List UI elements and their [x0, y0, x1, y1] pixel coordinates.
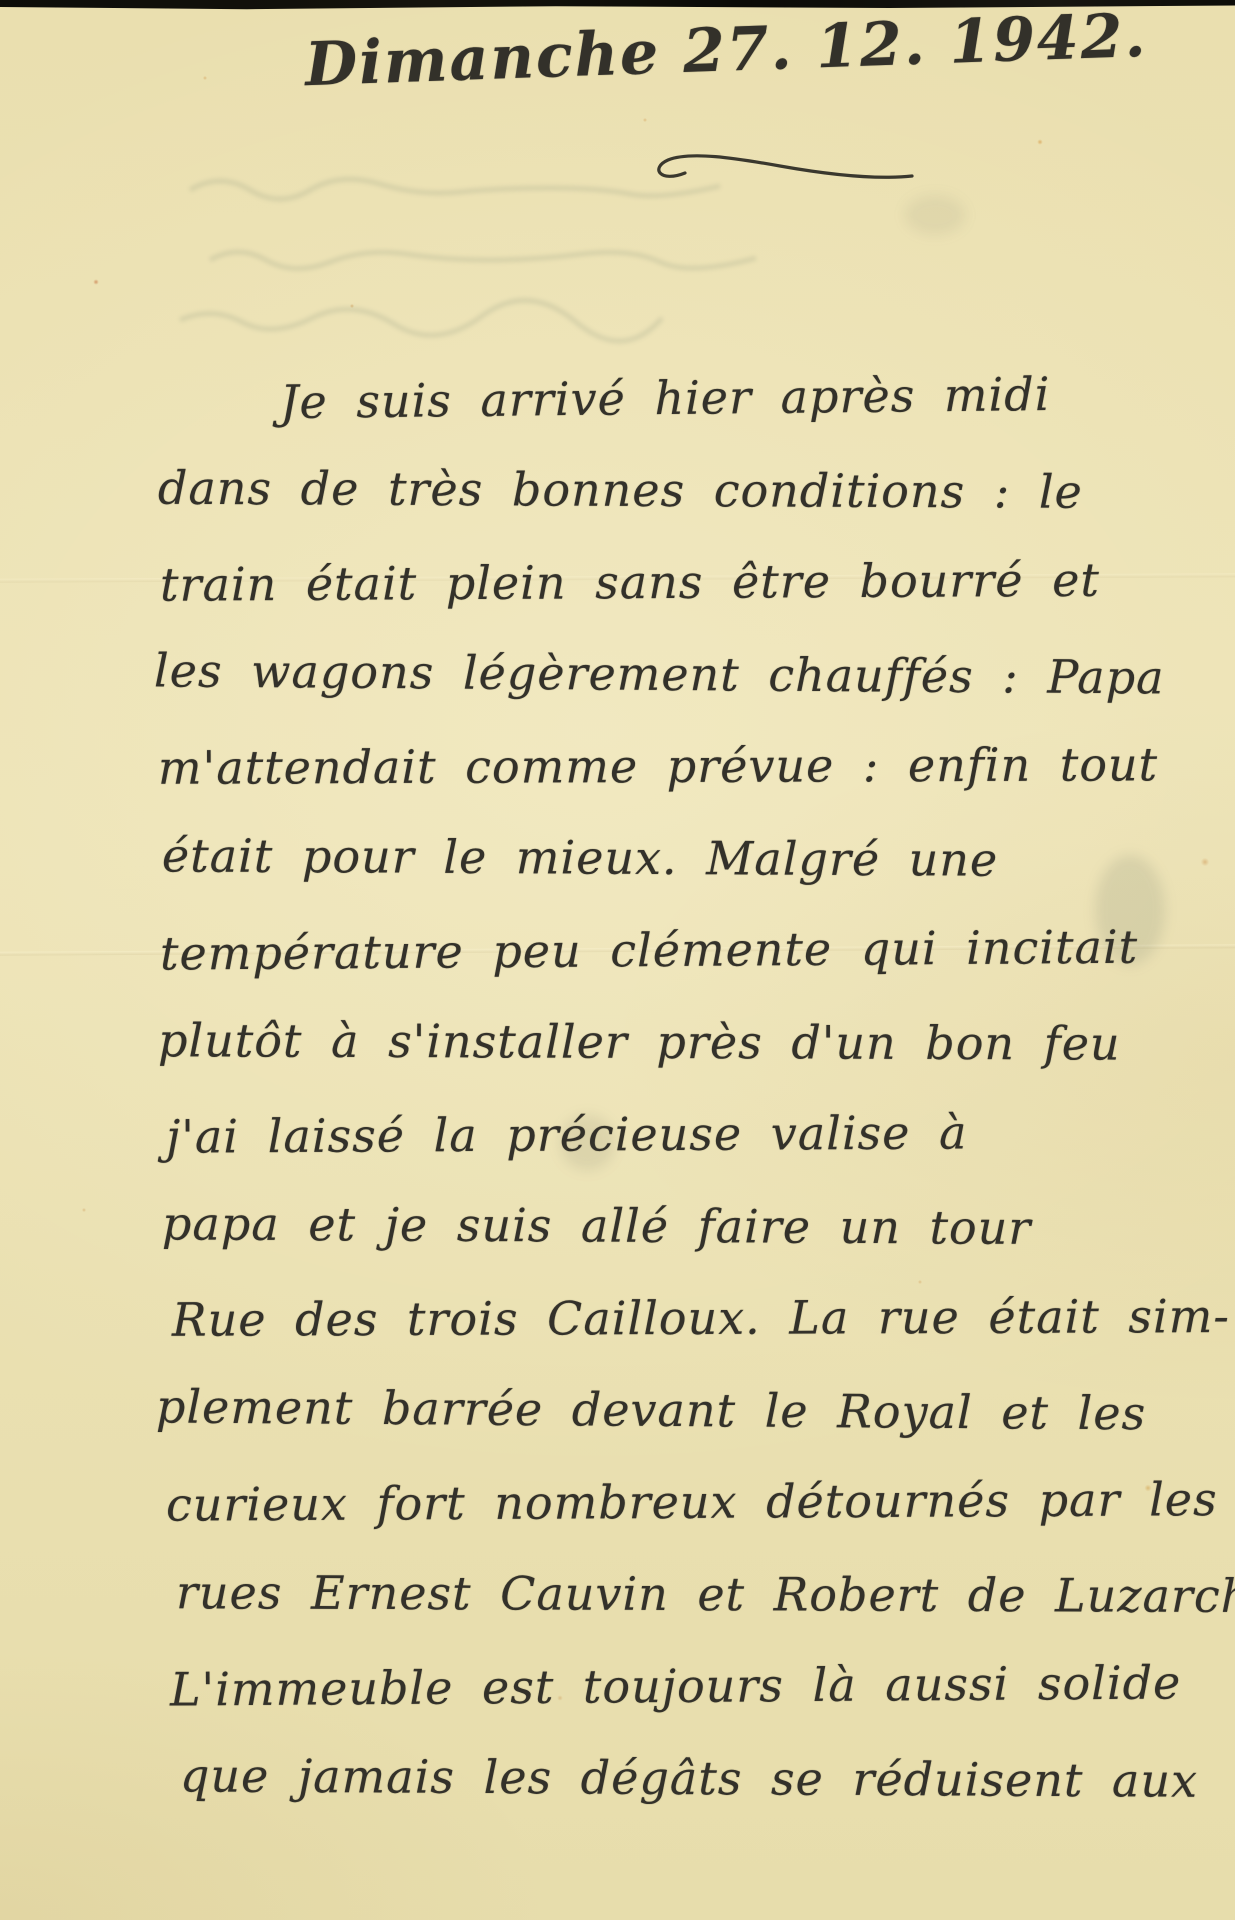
letter-page: Dimanche 27. 12. 1942. Je suis arrivé hi… [0, 0, 1235, 1920]
handwritten-line: plutôt à s'installer près d'un bon feu [158, 994, 1178, 1090]
ink-bleed-through [150, 150, 1050, 350]
handwritten-line: température peu clémente qui incitait [160, 900, 1179, 999]
date-heading: Dimanche 27. 12. 1942. [304, 6, 1006, 100]
underline-flourish [640, 138, 920, 198]
handwritten-line: Rue des trois Cailloux. La rue était sim… [172, 1270, 1178, 1366]
handwritten-line: m'attendait comme prévue : enfin tout [158, 718, 1178, 814]
handwritten-line: était pour le mieux. Malgré une [162, 809, 1178, 906]
handwritten-line: rues Ernest Cauvin et Robert de Luzarche… [176, 1546, 1178, 1641]
handwritten-line: train était plein sans être bourré et [160, 533, 1178, 630]
handwritten-line: que jamais les dégâts se réduisent aux [180, 1729, 1178, 1826]
handwritten-line: les wagons légèrement chauffés : Papa [154, 624, 1179, 723]
handwritten-line: papa et je suis allé faire un tour [162, 1177, 1178, 1274]
ink-smudge [905, 195, 965, 235]
handwritten-line: Je suis arrivé hier après midi [158, 347, 1179, 450]
handwritten-line: plement barrée devant le Royal et les [156, 1360, 1179, 1459]
handwritten-line: curieux fort nombreux détournés par les [166, 1453, 1178, 1550]
handwritten-line: dans de très bonnes conditions : le [158, 442, 1178, 538]
handwritten-line: L'immeuble est toujours là aussi solide [170, 1636, 1179, 1735]
letter-body: Je suis arrivé hier après midi dans de t… [158, 352, 1178, 1824]
handwritten-line: j'ai laissé la précieuse valise à [166, 1085, 1178, 1182]
